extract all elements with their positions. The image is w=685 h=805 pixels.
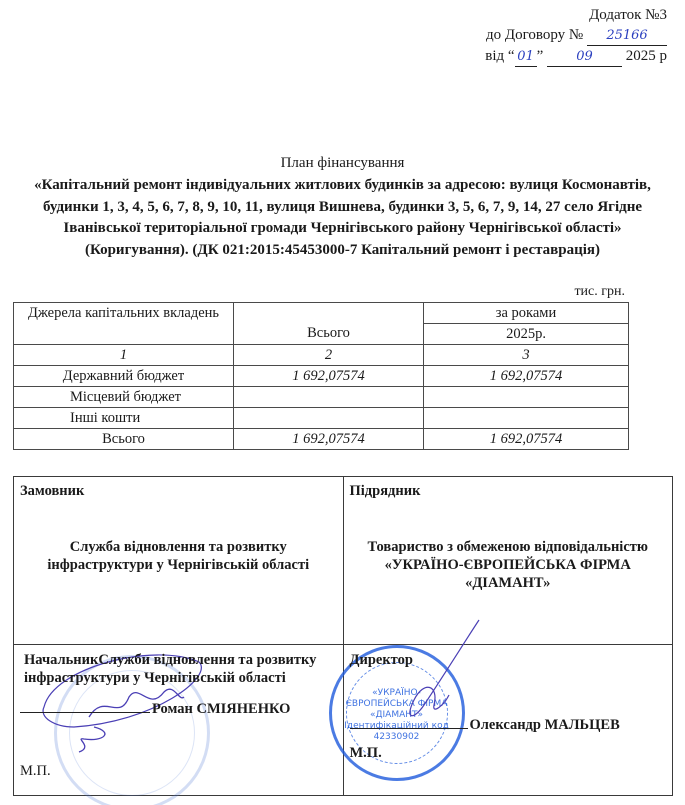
year-cell: 1 692,07574 (424, 366, 629, 387)
header-source: Джерела капітальних вкладень (14, 303, 234, 345)
customer-cell: Замовник Служба відновлення та розвитку … (14, 477, 344, 645)
customer-signature-cell: НачальникСлужби відновлення та розвитку … (14, 645, 344, 796)
year-cell (424, 408, 629, 429)
contractor-org-line: Товариство з обмеженою відповідальністю (350, 538, 667, 556)
header-total: Всього (234, 303, 424, 345)
contractor-cell: Підрядник Товариство з обмеженою відпові… (343, 477, 673, 645)
total-cell: 1 692,07574 (234, 429, 424, 450)
date-prefix: від “ (485, 48, 514, 64)
contractor-seal-label: М.П. (350, 745, 382, 762)
year-cell (424, 387, 629, 408)
index-cell: 2 (234, 345, 424, 366)
year-cell: 1 692,07574 (424, 429, 629, 450)
signatures-table: Замовник Служба відновлення та розвитку … (13, 476, 673, 796)
signature-blank (350, 728, 468, 729)
source-cell: Всього (14, 429, 234, 450)
total-cell (234, 408, 424, 429)
date-month-field: 09 (547, 47, 622, 67)
appendix-label: Додаток №3 (589, 6, 667, 25)
date-year: 2025 р (626, 48, 667, 64)
contract-number: 25166 (606, 28, 647, 43)
document-title: План фінансування (0, 155, 685, 172)
source-cell: Державний бюджет (14, 366, 234, 387)
customer-position: НачальникСлужби відновлення та розвитку … (20, 651, 337, 687)
index-cell: 1 (14, 345, 234, 366)
header-year: 2025р. (424, 324, 629, 345)
project-title: «Капітальний ремонт індивідуальних житло… (10, 175, 675, 261)
contract-date-line: від “01” 09 2025 р (485, 47, 667, 67)
date-day: 01 (517, 49, 534, 64)
table-row: Державний бюджет 1 692,07574 1 692,07574 (14, 366, 629, 387)
contract-number-line: до Договору № 25166 (486, 26, 667, 46)
customer-name: Роман СМІЯНЕНКО (152, 701, 290, 717)
stamp-text: «УКРАЇНО-ЄВРОПЕЙСЬКА ФІРМА «ДІАМАНТ» Іде… (342, 688, 452, 743)
contractor-org: Товариство з обмеженою відповідальністю … (350, 538, 667, 592)
table-row-total: Всього 1 692,07574 1 692,07574 (14, 429, 629, 450)
signature-blank (20, 712, 150, 713)
contractor-org-line: «УКРАЇНО-ЄВРОПЕЙСЬКА ФІРМА (350, 556, 667, 574)
contract-number-field: 25166 (587, 26, 667, 46)
contractor-role: Підрядник (350, 483, 667, 500)
table-row: Місцевий бюджет (14, 387, 629, 408)
unit-label: тис. грн. (574, 284, 625, 300)
total-cell (234, 387, 424, 408)
customer-org: Служба відновлення та розвитку інфрастру… (20, 538, 337, 574)
total-cell: 1 692,07574 (234, 366, 424, 387)
customer-role: Замовник (20, 483, 337, 500)
header-by-years: за роками (424, 303, 629, 324)
date-day-field: 01 (515, 47, 537, 67)
contractor-signature-cell: «УКРАЇНО-ЄВРОПЕЙСЬКА ФІРМА «ДІАМАНТ» Іде… (343, 645, 673, 796)
customer-signature-line: Роман СМІЯНЕНКО (20, 701, 337, 718)
financing-table: Джерела капітальних вкладень Всього за р… (13, 302, 629, 450)
contract-prefix: до Договору № (486, 27, 583, 43)
contractor-name: Олександр МАЛЬЦЕВ (470, 717, 620, 733)
customer-seal-label: М.П. (20, 763, 51, 780)
source-cell: Інші кошти (14, 408, 234, 429)
table-row: Інші кошти (14, 408, 629, 429)
source-cell: Місцевий бюджет (14, 387, 234, 408)
index-cell: 3 (424, 345, 629, 366)
date-month: 09 (576, 49, 593, 64)
contractor-signature-line: Олександр МАЛЬЦЕВ (350, 717, 667, 734)
index-row: 1 2 3 (14, 345, 629, 366)
contractor-position: Директор (350, 651, 667, 669)
date-quote: ” (537, 48, 544, 64)
contractor-org-line: «ДІАМАНТ» (350, 574, 667, 592)
